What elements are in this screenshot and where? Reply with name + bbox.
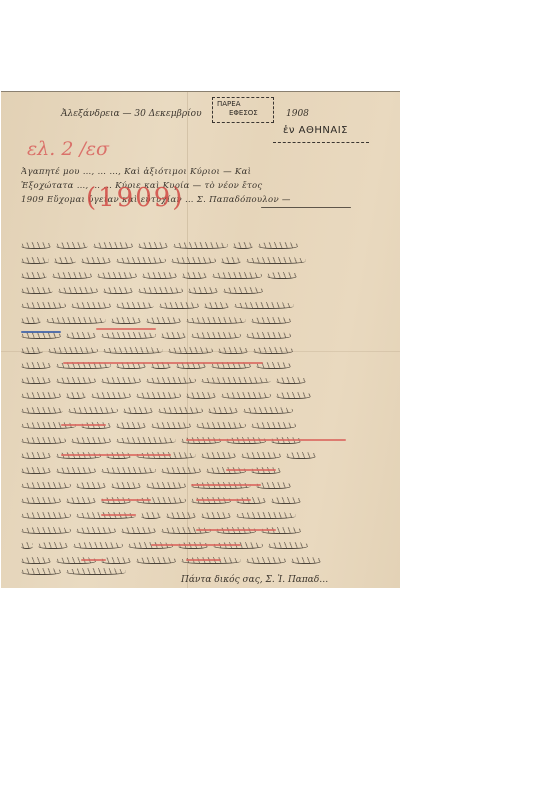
red-underline	[81, 559, 106, 561]
body-line	[21, 346, 381, 355]
red-pencil-note: ελ. 2 /εσ	[27, 138, 109, 160]
red-underline	[61, 424, 106, 426]
body-line	[21, 256, 381, 265]
blue-underline	[21, 331, 61, 333]
red-underline	[186, 439, 346, 441]
red-underline	[96, 328, 156, 330]
body-line	[21, 466, 381, 475]
letter-year: 1908	[286, 109, 309, 119]
ink-stamp: ΠΑΡΕΑ ΕΦΕΣΟΣ	[212, 97, 274, 123]
city-stamp: ἐν ΑΘΗΝΑΙΣ	[283, 125, 348, 136]
stamp-line-2: ΕΦΕΣΟΣ	[217, 109, 269, 118]
body-line	[21, 301, 381, 310]
body-line	[21, 567, 141, 576]
red-underline	[63, 362, 263, 364]
closing-signature: Πάντα δικός σας, Σ. Ἰ. Παπαδ…	[181, 575, 328, 585]
body-line	[21, 391, 381, 400]
body-line	[21, 316, 381, 325]
red-underline	[61, 454, 171, 456]
red-pencil-year: (1909)	[86, 183, 184, 213]
letter-page: Ἀλεξάνδρεια — 30 Δεκεμβρίου ΠΑΡΕΑ ΕΦΕΣΟΣ…	[1, 91, 400, 588]
signature-underline	[261, 207, 351, 208]
dateline: Ἀλεξάνδρεια — 30 Δεκεμβρίου	[61, 109, 202, 119]
red-underline	[151, 544, 241, 546]
red-underline	[196, 529, 276, 531]
salutation-line-2: Ἐξοχώτατα …, … … Κύριε καὶ Κυρία — τὸ νέ…	[21, 181, 361, 190]
red-underline	[196, 499, 251, 501]
body-line	[21, 406, 381, 415]
red-underline	[226, 469, 276, 471]
body-line	[21, 286, 381, 295]
stamp-line-1: ΠΑΡΕΑ	[217, 100, 269, 109]
body-line	[21, 271, 381, 280]
red-underline	[101, 514, 136, 516]
red-underline	[101, 499, 151, 501]
city-rule	[273, 142, 369, 143]
salutation-line-1: Ἀγαπητέ μου …, … …, Καὶ ἀξιότιμοι Κύριοι…	[21, 167, 361, 176]
red-underline	[186, 559, 221, 561]
body-line	[21, 241, 381, 250]
red-underline	[191, 484, 261, 486]
body-line	[21, 511, 381, 520]
body-line	[21, 376, 381, 385]
body-line	[21, 331, 381, 340]
